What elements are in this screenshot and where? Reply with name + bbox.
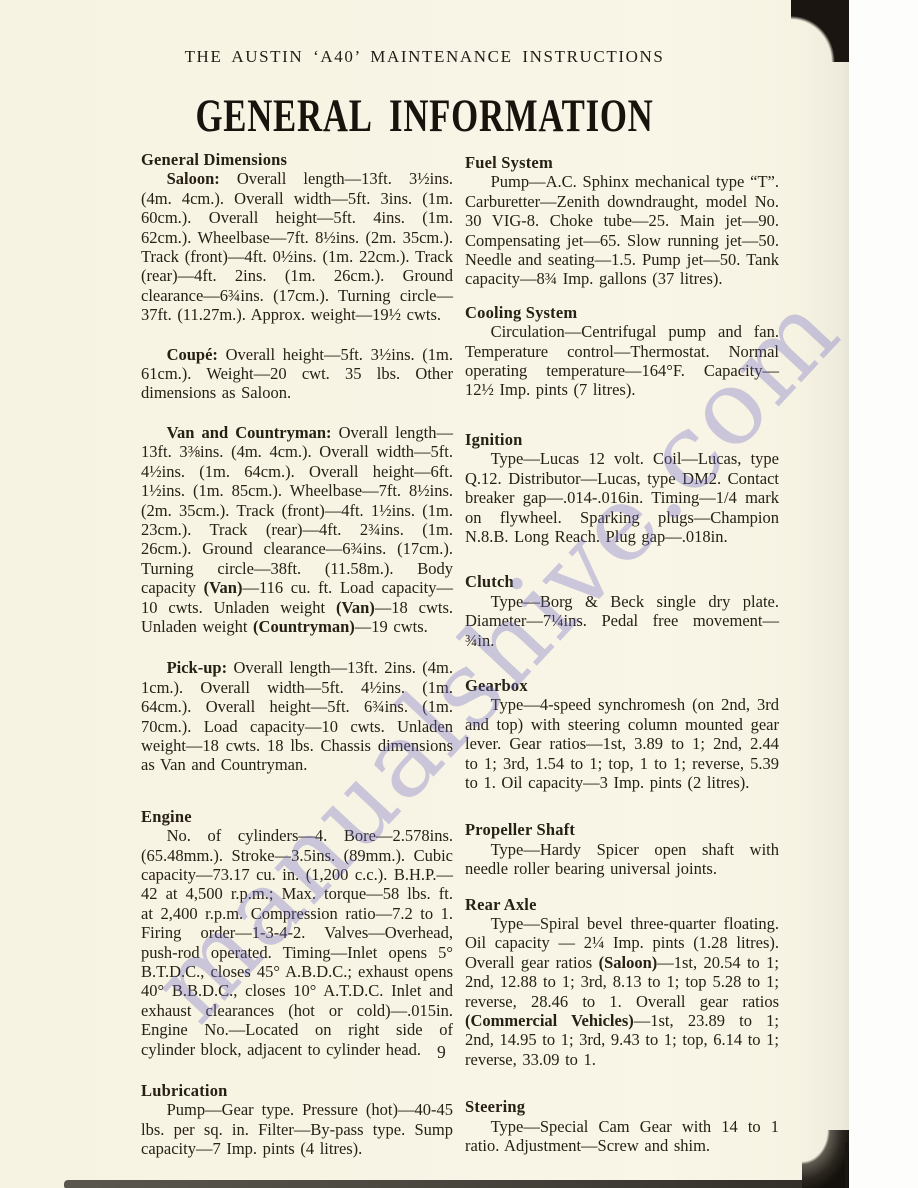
text-segment: Overall length—13ft. 3⅜ins. (4m. 4cm.). …: [141, 423, 453, 597]
paragraph-rear-axle: Type—Spiral bevel three-quarter floating…: [465, 914, 779, 1069]
van-lead: Van and Countryman:: [167, 423, 332, 442]
page-bottom-edge-shadow: [64, 1180, 848, 1188]
paragraph-van-countryman: Van and Countryman: Overall length—13ft.…: [141, 423, 453, 636]
page-title-wrap: GENERAL INFORMATION: [0, 94, 849, 138]
text-segment: Overall length—13ft. 3½ins. (4m. 4cm.). …: [141, 169, 453, 324]
right-column: Fuel System Pump—A.C. Sphinx mechanical …: [465, 153, 779, 1155]
paragraph-steering: Type—Special Cam Gear with 14 to 1 ratio…: [465, 1117, 779, 1156]
heading-rear-axle: Rear Axle: [465, 895, 779, 914]
scan-corner-curl-artifact: [791, 0, 849, 62]
heading-ignition: Ignition: [465, 430, 779, 449]
heading-engine: Engine: [141, 807, 453, 826]
heading-steering: Steering: [465, 1097, 779, 1116]
left-column: General Dimensions Saloon: Overall lengt…: [141, 150, 453, 1159]
text-segment-bold: (Van): [336, 598, 375, 617]
page-right-edge-line: [845, 1142, 848, 1188]
paragraph-coupe: Coupé: Overall height—5ft. 3½ins. (1m. 6…: [141, 345, 453, 403]
text-segment-bold: (Van): [204, 578, 243, 597]
text-segment: No. of cylinders—4. Bore—2.578ins. (65.4…: [141, 826, 453, 1058]
heading-clutch: Clutch: [465, 572, 779, 591]
text-segment: Type—Lucas 12 volt. Coil—Lucas, type Q.1…: [465, 449, 779, 546]
text-segment: Type—Special Cam Gear with 14 to 1 ratio…: [465, 1117, 779, 1155]
heading-cooling-system: Cooling System: [465, 303, 779, 322]
paragraph-pickup: Pick-up: Overall length—13ft. 2ins. (4m.…: [141, 658, 453, 774]
text-segment-bold: (Countryman): [253, 617, 355, 636]
text-segment-bold: (Commercial Vehicles): [465, 1011, 634, 1030]
pickup-lead: Pick-up:: [167, 658, 228, 677]
heading-fuel-system: Fuel System: [465, 153, 779, 172]
paragraph-propeller-shaft: Type—Hardy Spicer open shaft with needle…: [465, 840, 779, 879]
text-segment: Type—Hardy Spicer open shaft with needle…: [465, 840, 779, 878]
coupe-lead: Coupé:: [167, 345, 218, 364]
text-segment: Type—4-speed synchromesh (on 2nd, 3rd an…: [465, 695, 779, 792]
paragraph-gearbox: Type—4-speed synchromesh (on 2nd, 3rd an…: [465, 695, 779, 792]
text-segment: Circulation—Centrifugal pump and fan. Te…: [465, 322, 779, 399]
paragraph-saloon: Saloon: Overall length—13ft. 3½ins. (4m.…: [141, 169, 453, 324]
page-corner-fold: [802, 1130, 849, 1188]
paragraph-cooling-system: Circulation—Centrifugal pump and fan. Te…: [465, 322, 779, 400]
running-title: THE AUSTIN ‘A40’ MAINTENANCE INSTRUCTION…: [0, 47, 849, 67]
page-number: 9: [437, 1042, 446, 1063]
heading-general-dimensions: General Dimensions: [141, 150, 453, 169]
text-segment: Pump—A.C. Sphinx mechanical type “T”. Ca…: [465, 172, 779, 288]
heading-lubrication: Lubrication: [141, 1081, 453, 1100]
paragraph-lubrication: Pump—Gear type. Pressure (hot)—40-45 lbs…: [141, 1100, 453, 1158]
text-segment-bold: (Saloon): [599, 953, 658, 972]
paragraph-engine: No. of cylinders—4. Bore—2.578ins. (65.4…: [141, 826, 453, 1059]
text-segment: Type—Borg & Beck single dry plate. Diame…: [465, 592, 779, 650]
text-segment: —19 cwts.: [355, 617, 428, 636]
paragraph-ignition: Type—Lucas 12 volt. Coil—Lucas, type Q.1…: [465, 449, 779, 546]
page-title: GENERAL INFORMATION: [195, 94, 653, 138]
saloon-lead: Saloon:: [167, 169, 220, 188]
heading-propeller-shaft: Propeller Shaft: [465, 820, 779, 839]
text-segment: Pump—Gear type. Pressure (hot)—40-45 lbs…: [141, 1100, 453, 1158]
paragraph-clutch: Type—Borg & Beck single dry plate. Diame…: [465, 592, 779, 650]
heading-gearbox: Gearbox: [465, 676, 779, 695]
paragraph-fuel-system: Pump—A.C. Sphinx mechanical type “T”. Ca…: [465, 172, 779, 288]
